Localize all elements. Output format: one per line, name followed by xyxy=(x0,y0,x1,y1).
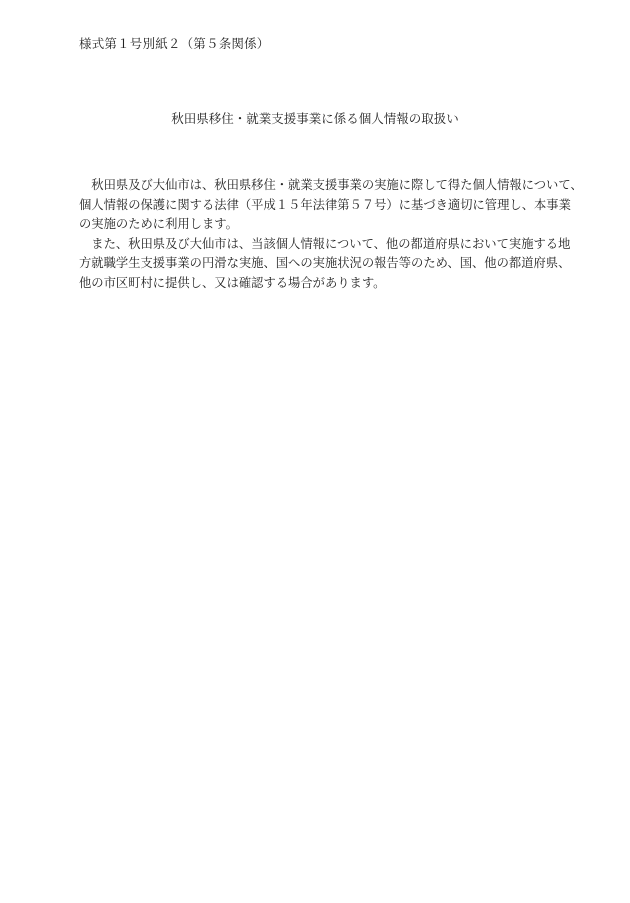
document-title: 秋田県移住・就業支援事業に係る個人情報の取扱い xyxy=(0,111,630,127)
text-line: また、秋田県及び大仙市は、当該個人情報について、他の都道府県において実施する地 xyxy=(79,235,559,255)
paragraph-1: 秋田県及び大仙市は、秋田県移住・就業支援事業の実施に際して得た個人情報について、… xyxy=(79,176,559,235)
document-body: 秋田県及び大仙市は、秋田県移住・就業支援事業の実施に際して得た個人情報について、… xyxy=(79,176,559,294)
form-number-label: 様式第１号別紙２（第５条関係） xyxy=(79,36,270,52)
document-page: 様式第１号別紙２（第５条関係） 秋田県移住・就業支援事業に係る個人情報の取扱い … xyxy=(0,0,630,903)
text-line: 秋田県及び大仙市は、秋田県移住・就業支援事業の実施に際して得た個人情報について、 xyxy=(79,176,559,196)
text-line: 方就職学生支援事業の円滑な実施、国への実施状況の報告等のため、国、他の都道府県、 xyxy=(79,254,559,274)
paragraph-2: また、秋田県及び大仙市は、当該個人情報について、他の都道府県において実施する地 … xyxy=(79,235,559,294)
text-line: の実施のために利用します。 xyxy=(79,215,559,235)
text-line: 個人情報の保護に関する法律（平成１５年法律第５７号）に基づき適切に管理し、本事業 xyxy=(79,196,559,216)
text-line: 他の市区町村に提供し、又は確認する場合があります。 xyxy=(79,274,559,294)
